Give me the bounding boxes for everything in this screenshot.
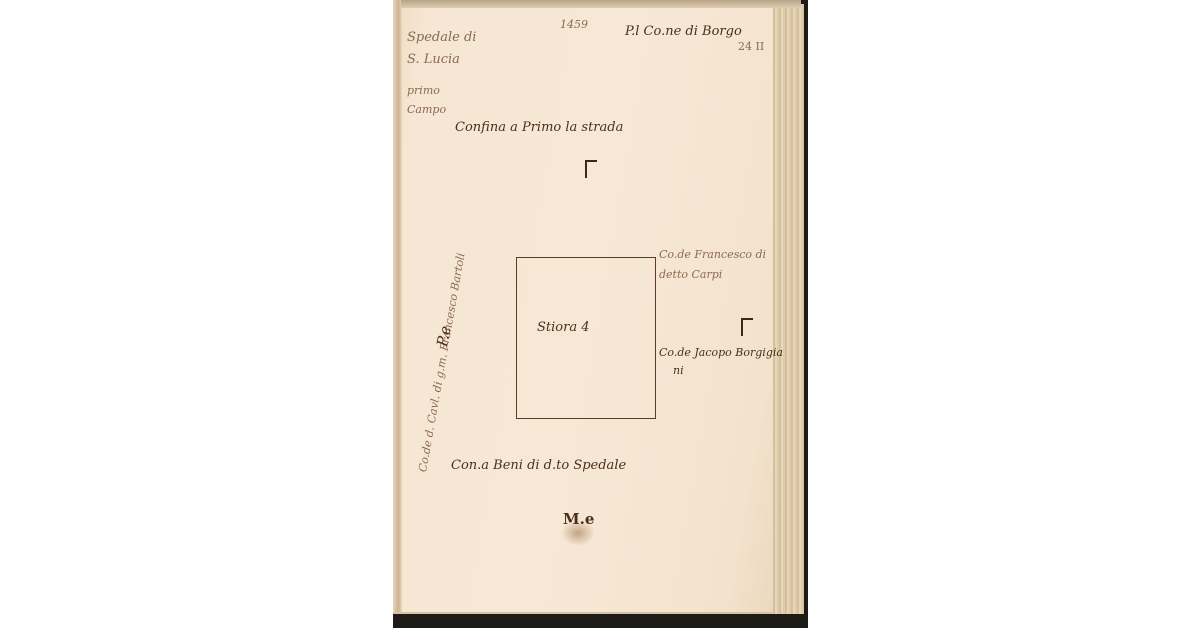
manuscript-book: 1459 P.l Co.ne di Borgo 24 II Spedale di… bbox=[393, 0, 808, 628]
right-corner-marker bbox=[741, 318, 753, 336]
page-top-edge bbox=[401, 0, 801, 8]
right-boundary-2-line1: Co.de Jacopo Borgigia bbox=[659, 346, 783, 359]
top-corner-marker bbox=[585, 160, 597, 178]
folio-number: 24 II bbox=[738, 40, 764, 53]
top-boundary-text: Confina a Primo la strada bbox=[455, 120, 623, 135]
manuscript-page: 1459 P.l Co.ne di Borgo 24 II Spedale di… bbox=[393, 0, 773, 614]
margin-note-line: primo bbox=[407, 84, 440, 97]
header-title: P.l Co.ne di Borgo bbox=[625, 24, 742, 39]
header-year: 1459 bbox=[560, 18, 588, 31]
land-plot-diagram: Stiora 4 bbox=[516, 257, 656, 419]
binding-gutter bbox=[393, 0, 402, 612]
margin-note-line: Campo bbox=[407, 103, 446, 116]
margin-note-line: S. Lucia bbox=[407, 52, 460, 67]
left-boundary-text: Co.de d. Cavl. di g.m. Francesco Bartoli bbox=[416, 252, 467, 473]
page-fore-edge bbox=[771, 4, 804, 614]
bottom-boundary-text: Con.a Beni di d.to Spedale bbox=[451, 458, 626, 473]
left-marker: P.e bbox=[433, 324, 454, 348]
right-boundary-1-line1: Co.de Francesco di bbox=[659, 248, 766, 261]
plot-label: Stiora 4 bbox=[537, 320, 589, 335]
right-boundary-2-line2: ni bbox=[673, 364, 684, 377]
bottom-marker: M.e bbox=[563, 510, 594, 528]
margin-note-line: Spedale di bbox=[407, 30, 476, 45]
right-boundary-1-line2: detto Carpi bbox=[659, 268, 722, 281]
